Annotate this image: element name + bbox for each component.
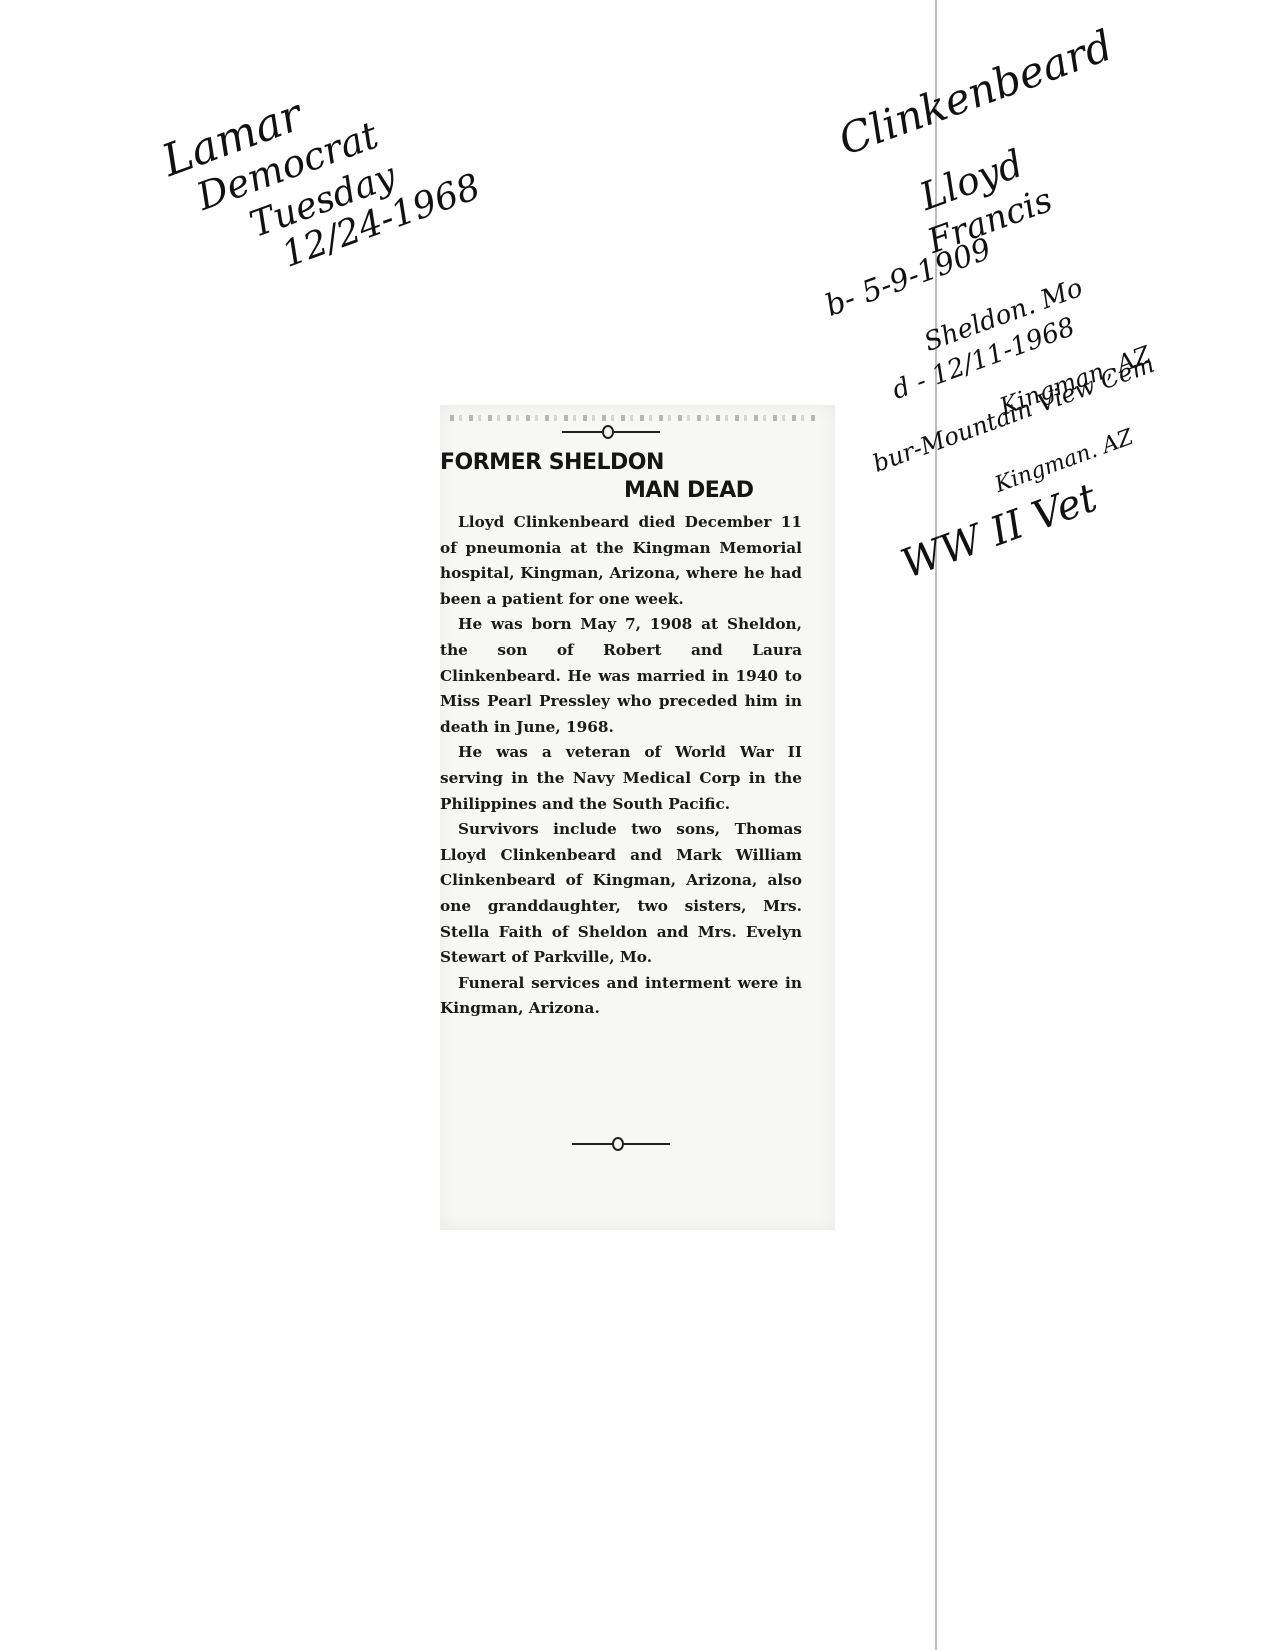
article-paragraph: Funeral services and interment were in K… <box>440 971 802 1022</box>
article-paragraph: He was born May 7, 1908 at Sheldon, the … <box>440 612 802 740</box>
headline-line-2: MAN DEAD <box>624 480 754 502</box>
bottom-separator-ornament <box>612 1137 624 1151</box>
article-paragraph: Survivors include two sons, Thomas Lloyd… <box>440 817 802 971</box>
article-paragraph: He was a veteran of World War II serving… <box>440 740 802 817</box>
note-surname: Clinkenbeard <box>834 24 1118 162</box>
article-paragraph: Lloyd Clinkenbeard died December 11 of p… <box>440 510 802 612</box>
scan-noise <box>450 415 820 421</box>
top-separator-ornament <box>602 425 614 439</box>
headline-line-1: FORMER SHELDON <box>440 452 664 474</box>
scanned-page: Lamar Democrat Tuesday 12/24-1968 Clinke… <box>0 0 1275 1650</box>
article-body: Lloyd Clinkenbeard died December 11 of p… <box>440 510 802 1022</box>
newspaper-clipping: FORMER SHELDON MAN DEAD Lloyd Clinkenbea… <box>440 405 835 1230</box>
note-born-date: b- 5-9-1909 <box>822 234 995 322</box>
